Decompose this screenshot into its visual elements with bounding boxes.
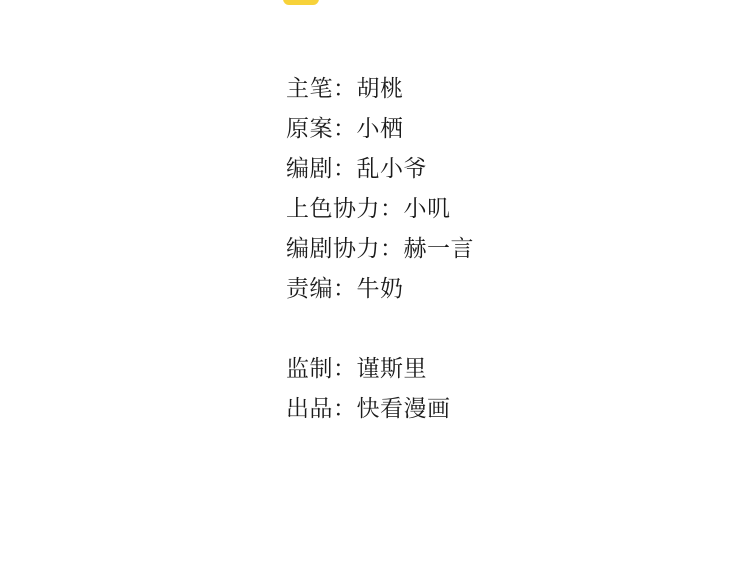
credit-line-publisher: 出品：快看漫画 xyxy=(286,395,474,435)
credit-separator: ： xyxy=(333,76,357,102)
credit-separator: ： xyxy=(333,156,357,182)
credit-role: 原案 xyxy=(286,116,333,142)
credit-line-lead-artist: 主笔：胡桃 xyxy=(286,75,474,115)
credit-name: 谨斯里 xyxy=(357,356,428,382)
credit-role: 上色协力 xyxy=(286,196,380,222)
credit-name: 小栖 xyxy=(357,116,404,142)
credit-name: 胡桃 xyxy=(357,76,404,102)
credit-line-supervisor: 监制：谨斯里 xyxy=(286,355,474,395)
credit-name: 赫一言 xyxy=(404,236,475,262)
top-yellow-tab xyxy=(283,0,319,5)
credit-separator: ： xyxy=(380,196,404,222)
credit-role: 编剧 xyxy=(286,156,333,182)
credit-separator: ： xyxy=(333,356,357,382)
credit-name: 小叽 xyxy=(404,196,451,222)
credit-name: 乱小爷 xyxy=(357,156,428,182)
credit-separator: ： xyxy=(333,116,357,142)
credit-line-coloring-assist: 上色协力：小叽 xyxy=(286,195,474,235)
credit-separator: ： xyxy=(333,276,357,302)
credit-line-original-story: 原案：小栖 xyxy=(286,115,474,155)
credit-role: 责编 xyxy=(286,276,333,302)
credit-separator: ： xyxy=(380,236,404,262)
credit-line-editor: 责编：牛奶 xyxy=(286,275,474,315)
credit-line-screenwriter: 编剧：乱小爷 xyxy=(286,155,474,195)
credit-name: 牛奶 xyxy=(357,276,404,302)
credit-role: 主笔 xyxy=(286,76,333,102)
credit-separator: ： xyxy=(333,396,357,422)
credits-block: 主笔：胡桃 原案：小栖 编剧：乱小爷 上色协力：小叽 编剧协力：赫一言 责编：牛… xyxy=(286,75,474,435)
credit-line-script-assist: 编剧协力：赫一言 xyxy=(286,235,474,275)
credit-name: 快看漫画 xyxy=(357,396,451,422)
credit-role: 监制 xyxy=(286,356,333,382)
credit-spacer xyxy=(286,315,474,355)
credit-role: 编剧协力 xyxy=(286,236,380,262)
credit-role: 出品 xyxy=(286,396,333,422)
